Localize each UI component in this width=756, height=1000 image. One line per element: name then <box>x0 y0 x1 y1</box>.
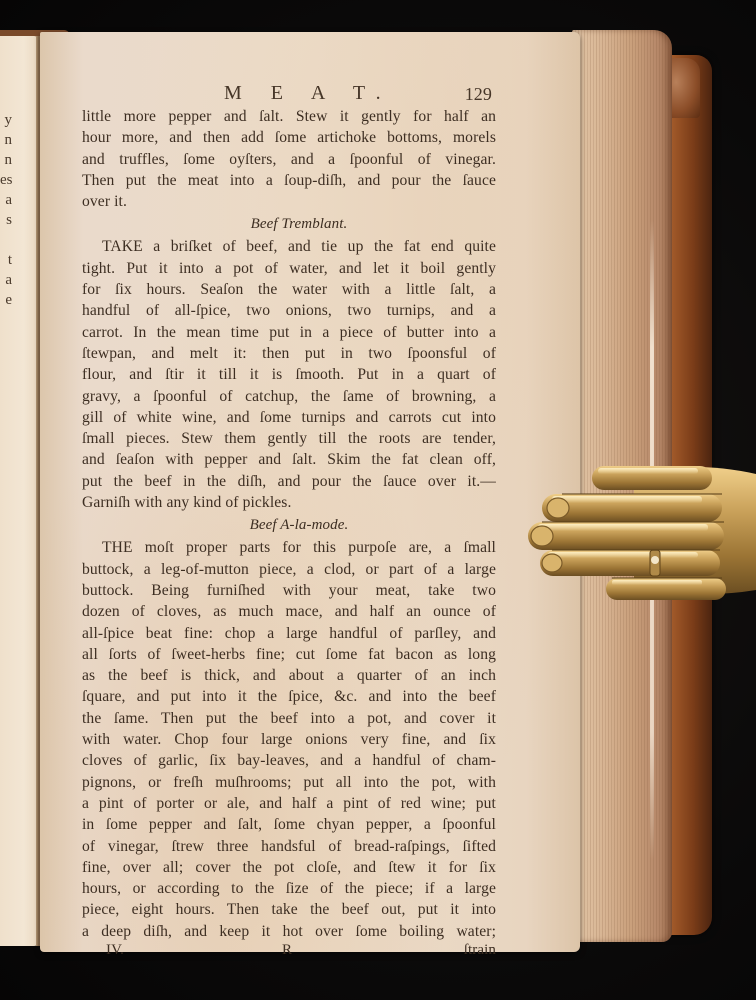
text-line: buttock. Being furniſhed with your meat,… <box>82 580 496 601</box>
verso-letter: e <box>0 290 12 310</box>
text-line: put the beef in the diſh, and pour the ſ… <box>82 471 496 492</box>
text-line: handful of all-ſpice, two onions, two tu… <box>82 300 496 321</box>
catchword: ſtrain <box>464 942 496 959</box>
text-line: the ſame. Then put the beef into a pot, … <box>82 708 496 729</box>
text-line: piece, eight hours. Then take the beef o… <box>82 899 496 920</box>
recipe-heading-beef-a-la-mode: Beef A-la-mode. <box>82 513 496 537</box>
continued-paragraph: little more pepper and ſalt. Stew it gen… <box>82 106 496 212</box>
text-line: tight. Put it into a pot of water, and l… <box>82 258 496 279</box>
text-line: for ſix hours. Seaſon the water with a l… <box>82 279 496 300</box>
text-line: hour more, and then add ſome artichoke b… <box>82 127 496 148</box>
page-text-block: M E A T. 129 little more pepper and ſalt… <box>82 82 496 964</box>
text-line: Garniſh with any kind of pickles. <box>82 492 496 513</box>
verso-letter: s <box>0 210 12 230</box>
text-line: all ſorts of ſweet-herbs fine; cut ſome … <box>82 644 496 665</box>
text-line: ſtewpan, and melt it: then put in two ſp… <box>82 343 496 364</box>
verso-letter: a <box>0 270 12 290</box>
text-line: as the beef is thick, and about a quarte… <box>82 665 496 686</box>
text-line: a deep diſh, and keep it hot over ſome b… <box>82 921 496 942</box>
page-footer: IV. R ſtrain <box>82 942 496 964</box>
text-line: gravy, a ſpoonful of catchup, the ſame o… <box>82 386 496 407</box>
text-line: flour, and ſtir it till it is ſmooth. Pu… <box>82 364 496 385</box>
text-line: and truffles, ſome oyſters, and a ſpoonf… <box>82 149 496 170</box>
volume-signature: IV. <box>106 942 124 959</box>
recipe-body-beef-tremblant: TAKE a briſket of beef, and tie up the f… <box>82 236 496 513</box>
text-line: all-ſpice beat fine: chop a large handfu… <box>82 623 496 644</box>
text-line: with water. Chop four large onions very … <box>82 729 496 750</box>
text-line: hours, or according to the ſize of the p… <box>82 878 496 899</box>
text-line: a pint of porter or ale, and half a pint… <box>82 793 496 814</box>
text-line: carrot. In the mean time put in a piece … <box>82 322 496 343</box>
text-line: THE moſt proper parts for this purpoſe a… <box>82 537 496 558</box>
text-line: and ſeaſon with pepper and ſalt. Skim th… <box>82 449 496 470</box>
recipe-body-beef-a-la-mode: THE moſt proper parts for this purpoſe a… <box>82 537 496 942</box>
verso-letter: a <box>0 190 12 210</box>
text-line: Then put the meat into a ſoup-diſh, and … <box>82 170 496 191</box>
text-line: dozen of cloves, as much mace, and half … <box>82 601 496 622</box>
text-line: fine, over all; cover the pot cloſe, and… <box>82 857 496 878</box>
verso-letter: t <box>0 250 12 270</box>
verso-edge-text: y n n es a s t a e <box>0 110 12 310</box>
text-line: pignons, or freſh muſhrooms; put all int… <box>82 772 496 793</box>
text-line: ſmall pieces. Stew them gently till the … <box>82 428 496 449</box>
page-number: 129 <box>465 84 492 105</box>
verso-letter: es <box>0 170 12 190</box>
running-head-title: M E A T. <box>224 82 393 105</box>
text-line: in ſome pepper and ſalt, ſome chyan pepp… <box>82 814 496 835</box>
text-line: buttock, a leg-of-mutton piece, a clod, … <box>82 559 496 580</box>
verso-letter: y <box>0 110 12 130</box>
verso-letter <box>0 230 12 250</box>
verso-letter: n <box>0 130 12 150</box>
text-line: over it. <box>82 191 496 212</box>
running-head: M E A T. 129 <box>82 82 496 104</box>
recipe-heading-beef-tremblant: Beef Tremblant. <box>82 212 496 236</box>
text-line: little more pepper and ſalt. Stew it gen… <box>82 106 496 127</box>
verso-letter: n <box>0 150 12 170</box>
gathering-signature: R <box>282 942 292 959</box>
text-line: gill of white wine, and ſome turnips and… <box>82 407 496 428</box>
brass-hand-page-holder-icon <box>522 458 756 604</box>
text-line: TAKE a briſket of beef, and tie up the f… <box>82 236 496 257</box>
text-line: ſquare, and put into it the ſpice, &c. a… <box>82 686 496 707</box>
text-line: cloves of garlic, ſix bay-leaves, and a … <box>82 750 496 771</box>
text-line: of vinegar, ſtrew three handsful of brea… <box>82 836 496 857</box>
